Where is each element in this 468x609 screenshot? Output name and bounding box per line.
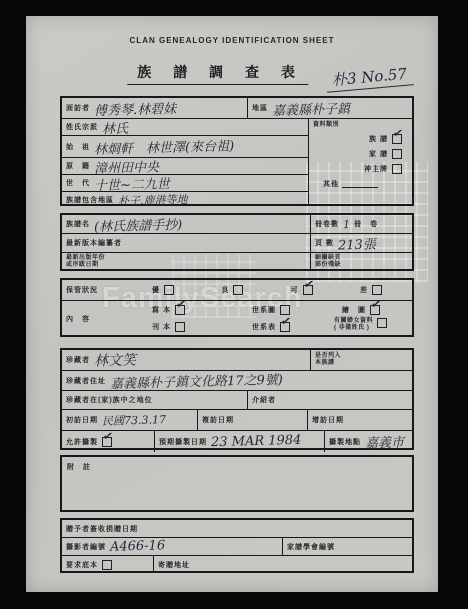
volumes-value: 1 bbox=[343, 217, 350, 230]
content-label: 內 容 bbox=[66, 314, 90, 324]
owner-cell: 珍藏者 林文笑 bbox=[62, 350, 310, 370]
content-options: 寫 本 ✓ 世系圖 繪 圖 ✓ 刊 本 世系表 ✓ bbox=[142, 301, 412, 337]
notes-label: 附 註 bbox=[62, 457, 412, 472]
second-visit-label: 複訪日期 bbox=[202, 415, 234, 425]
owner-section: 珍藏者 林文笑 是否列入 本族譜 珍藏者住址 嘉義縣朴子鎮文化路17之9號) 珍… bbox=[60, 348, 414, 450]
founder-label: 始 祖 bbox=[66, 142, 90, 152]
referrer-cell: 介紹者 bbox=[247, 391, 412, 409]
film-date-label: 預期攝製日期 bbox=[159, 437, 207, 447]
interviewer-label: 面訪者 bbox=[66, 103, 90, 113]
type-tablet-label: 神主牌 bbox=[364, 164, 388, 174]
donor-cell: 贈予者簽收捐贈日期 bbox=[62, 520, 142, 537]
microfilm-cell: 縮攝缺頁 部份殘缺 bbox=[310, 253, 412, 271]
surname-cell: 姓氏宗派 林氏 bbox=[62, 119, 132, 135]
content-manuscript-checkbox: ✓ bbox=[175, 305, 185, 315]
film-date-value: 23 MAR 1984 bbox=[211, 433, 302, 450]
type-tablet-checkbox bbox=[392, 164, 402, 174]
permission-cell: 允許攝製 ✓ bbox=[62, 431, 154, 452]
pubyear-label2: 或序跋日期 bbox=[66, 262, 99, 269]
coverage-label: 族譜包含地區 bbox=[66, 195, 114, 205]
condition-label: 保管狀況 bbox=[66, 285, 98, 295]
type-family-label: 家 譜 bbox=[369, 149, 388, 159]
referrer-label: 介紹者 bbox=[252, 395, 276, 405]
condition-fair: 可 ✓ bbox=[291, 285, 313, 295]
book-info-section: 族譜名 (林氏族譜手抄) 冊卷數 1 冊 卷 最新版本編纂者 頁 數 213張 … bbox=[60, 213, 414, 271]
filing-section: 贈予者簽收捐贈日期 攝影者編號 A466-16 家譜學會編號 要求底本 寄贈地址 bbox=[60, 518, 414, 573]
film-place-cell: 攝製地點 嘉義市 bbox=[324, 431, 412, 452]
record-type-column: 資料類別 族 譜 ✓ 家 譜 神主牌 其他 bbox=[308, 119, 412, 204]
copy-request-checkbox bbox=[102, 560, 112, 570]
type-option-other: 其他 bbox=[309, 176, 412, 191]
check-mark: ✓ bbox=[280, 314, 292, 328]
type-option-tablet: 神主牌 bbox=[309, 161, 412, 176]
condition-label-cell: 保管狀況 bbox=[62, 280, 142, 300]
identity-section: 面訪者 傅秀琴.林碧妹 地區 嘉義縣朴子鎮 姓氏宗派 林氏 始 祖 林烱軒 林世… bbox=[60, 96, 414, 206]
pages-cell: 頁 數 213張 bbox=[310, 234, 412, 252]
photographer-cell: 攝影者編號 A466-16 bbox=[62, 538, 282, 555]
listed-cell: 是否列入 本族譜 bbox=[310, 350, 412, 370]
condition-good-checkbox bbox=[233, 285, 243, 295]
generations-label: 世 代 bbox=[66, 178, 90, 188]
generations-cell: 世 代 十世~二九世 bbox=[62, 175, 174, 191]
first-visit-cell: 初訪日期 民國73.3.17 bbox=[62, 410, 197, 430]
society-label: 家譜學會編號 bbox=[287, 542, 335, 552]
other-blank-line bbox=[342, 179, 378, 188]
condition-options: 優 良 可 ✓ 差 bbox=[142, 285, 412, 295]
scanned-page: CLAN GENEALOGY IDENTIFICATION SHEET 族 譜 … bbox=[26, 16, 438, 592]
type-option-family: 家 譜 bbox=[309, 146, 412, 161]
photographer-value: A466-16 bbox=[110, 538, 166, 554]
film-place-value: 嘉義市 bbox=[365, 431, 404, 451]
notes-section: 附 註 bbox=[60, 455, 414, 512]
condition-fair-checkbox: ✓ bbox=[303, 285, 313, 295]
compiler-label: 最新版本編纂者 bbox=[66, 238, 122, 248]
condition-section: 保管狀況 優 良 可 ✓ 差 bbox=[60, 278, 414, 337]
film-place-label: 攝製地點 bbox=[329, 437, 361, 447]
microfilm-label: 縮攝缺頁 bbox=[315, 255, 341, 262]
extra-visit-label: 增訪日期 bbox=[312, 415, 344, 425]
check-mark: ✓ bbox=[370, 297, 382, 311]
pages-value: 213張 bbox=[338, 233, 376, 253]
type-genealogy-checkbox: ✓ bbox=[392, 134, 402, 144]
content-illustration: 繪 圖 ✓ bbox=[342, 305, 380, 315]
coverage-value: 朴子.鹿港等地 bbox=[118, 191, 188, 209]
listed-label: 是否列入 bbox=[315, 353, 341, 360]
first-visit-label: 初訪日期 bbox=[66, 415, 98, 425]
address-cell: 珍藏者住址 嘉義縣朴子鎮文化路17之9號) bbox=[62, 371, 412, 390]
condition-poor: 差 bbox=[360, 285, 382, 295]
book-title-value: (林氏族譜手抄) bbox=[94, 213, 183, 234]
content-illustration-label: 繪 圖 bbox=[342, 305, 366, 315]
microfilm-frame: { "marks": { "tick": "✓" }, "scan": { "h… bbox=[0, 0, 468, 609]
owner-label: 珍藏者 bbox=[66, 355, 90, 365]
content-lineage-table-checkbox: ✓ bbox=[280, 322, 290, 332]
condition-excellent-label: 優 bbox=[152, 285, 160, 295]
founder-value: 林烱軒 林世澤(來台祖) bbox=[94, 135, 235, 158]
photographer-label: 攝影者編號 bbox=[66, 542, 106, 552]
content-illustration-checkbox: ✓ bbox=[370, 305, 380, 315]
area-label: 地區 bbox=[252, 103, 268, 113]
second-visit-cell: 複訪日期 bbox=[197, 410, 307, 430]
condition-poor-label: 差 bbox=[360, 285, 368, 295]
condition-excellent-checkbox bbox=[164, 285, 174, 295]
check-mark: ✓ bbox=[102, 429, 114, 443]
origin-label: 原 籍 bbox=[66, 161, 90, 171]
type-other-label: 其他 bbox=[323, 179, 339, 189]
content-manuscript: 寫 本 ✓ bbox=[152, 305, 185, 315]
compiler-cell: 最新版本編纂者 bbox=[62, 234, 310, 252]
donor-label: 贈予者簽收捐贈日期 bbox=[66, 524, 138, 534]
mailing-address-cell: 寄贈地址 bbox=[153, 556, 412, 573]
content-lineage-table-label: 世系表 bbox=[252, 322, 276, 332]
condition-good: 良 bbox=[221, 285, 243, 295]
area-cell: 地區 嘉義縣朴子鎮 bbox=[247, 98, 412, 118]
microfilm-label2: 部份殘缺 bbox=[315, 262, 341, 269]
owner-value: 林文笑 bbox=[94, 349, 137, 370]
volumes-unit: 冊 卷 bbox=[354, 219, 378, 229]
listed-label2: 本族譜 bbox=[315, 360, 335, 367]
english-header: CLAN GENEALOGY IDENTIFICATION SHEET bbox=[26, 36, 438, 45]
permission-label: 允許攝製 bbox=[66, 437, 98, 447]
surname-value: 林氏 bbox=[102, 117, 129, 137]
book-title-label: 族譜名 bbox=[66, 219, 90, 229]
volumes-label: 冊卷數 bbox=[315, 219, 339, 229]
content-printed-checkbox bbox=[175, 322, 185, 332]
first-visit-value: 民國73.3.17 bbox=[102, 411, 166, 429]
content-women-data-label: 有關婦女資料 bbox=[334, 318, 373, 325]
generations-value: 十世~二九世 bbox=[94, 173, 170, 194]
volumes-cell: 冊卷數 1 冊 卷 bbox=[310, 215, 412, 233]
content-printed: 刊 本 bbox=[152, 322, 185, 332]
copy-request-cell: 要求底本 bbox=[62, 556, 153, 573]
condition-excellent: 優 bbox=[152, 285, 174, 295]
content-manuscript-label: 寫 本 bbox=[152, 305, 171, 315]
condition-fair-label: 可 bbox=[291, 285, 299, 295]
interviewer-cell: 面訪者 傅秀琴.林碧妹 bbox=[62, 98, 247, 118]
address-value: 嘉義縣朴子鎮文化路17之9號) bbox=[110, 369, 283, 393]
content-women-data-sublabel: ( 非僅姓氏 ) bbox=[334, 325, 373, 332]
coverage-cell: 族譜包含地區 朴子.鹿港等地 bbox=[62, 192, 192, 207]
type-genealogy-label: 族 譜 bbox=[369, 134, 388, 144]
check-mark: ✓ bbox=[175, 297, 187, 311]
area-value: 嘉義縣朴子鎮 bbox=[272, 97, 350, 118]
content-lineage-table: 世系表 ✓ bbox=[252, 322, 290, 332]
handwritten-page-number: 朴3 No.57 bbox=[325, 62, 414, 93]
pages-label: 頁 數 bbox=[315, 238, 334, 248]
origin-cell: 原 籍 漳州田中央 bbox=[62, 158, 163, 174]
surname-label: 姓氏宗派 bbox=[66, 122, 98, 132]
check-mark: ✓ bbox=[303, 277, 315, 291]
pubyear-label: 最新出版年份 bbox=[66, 255, 105, 262]
content-women-data: 有關婦女資料 ( 非僅姓氏 ) bbox=[334, 318, 387, 332]
founder-cell: 始 祖 林烱軒 林世澤(來台祖) bbox=[62, 136, 238, 157]
book-title-cell: 族譜名 (林氏族譜手抄) bbox=[62, 215, 310, 233]
interviewer-value: 傅秀琴.林碧妹 bbox=[94, 97, 177, 118]
condition-poor-checkbox bbox=[372, 285, 382, 295]
position-cell: 珍藏者在(家)族中之地位 bbox=[62, 391, 247, 409]
type-option-genealogy: 族 譜 ✓ bbox=[309, 131, 412, 146]
mailing-address-label: 寄贈地址 bbox=[158, 560, 190, 570]
position-label: 珍藏者在(家)族中之地位 bbox=[66, 395, 153, 405]
society-cell: 家譜學會編號 bbox=[282, 538, 412, 555]
identity-left-column: 姓氏宗派 林氏 始 祖 林烱軒 林世澤(來台祖) 原 籍 漳州田中央 世 代 bbox=[62, 119, 308, 204]
copy-request-label: 要求底本 bbox=[66, 560, 98, 570]
content-lineage-chart-label: 世系圖 bbox=[252, 305, 276, 315]
form-title: 族 譜 調 查 表 bbox=[127, 62, 308, 85]
content-printed-label: 刊 本 bbox=[152, 322, 171, 332]
content-label-cell: 內 容 bbox=[62, 301, 142, 337]
condition-good-label: 良 bbox=[221, 285, 229, 295]
check-mark: ✓ bbox=[392, 126, 404, 140]
permission-checkbox: ✓ bbox=[102, 437, 112, 447]
content-women-data-checkbox bbox=[377, 318, 387, 328]
film-date-cell: 預期攝製日期 23 MAR 1984 bbox=[154, 431, 324, 452]
address-label: 珍藏者住址 bbox=[66, 376, 106, 386]
type-family-checkbox bbox=[392, 149, 402, 159]
extra-visit-cell: 增訪日期 bbox=[307, 410, 412, 430]
pubyear-cell: 最新出版年份 或序跋日期 bbox=[62, 253, 310, 271]
